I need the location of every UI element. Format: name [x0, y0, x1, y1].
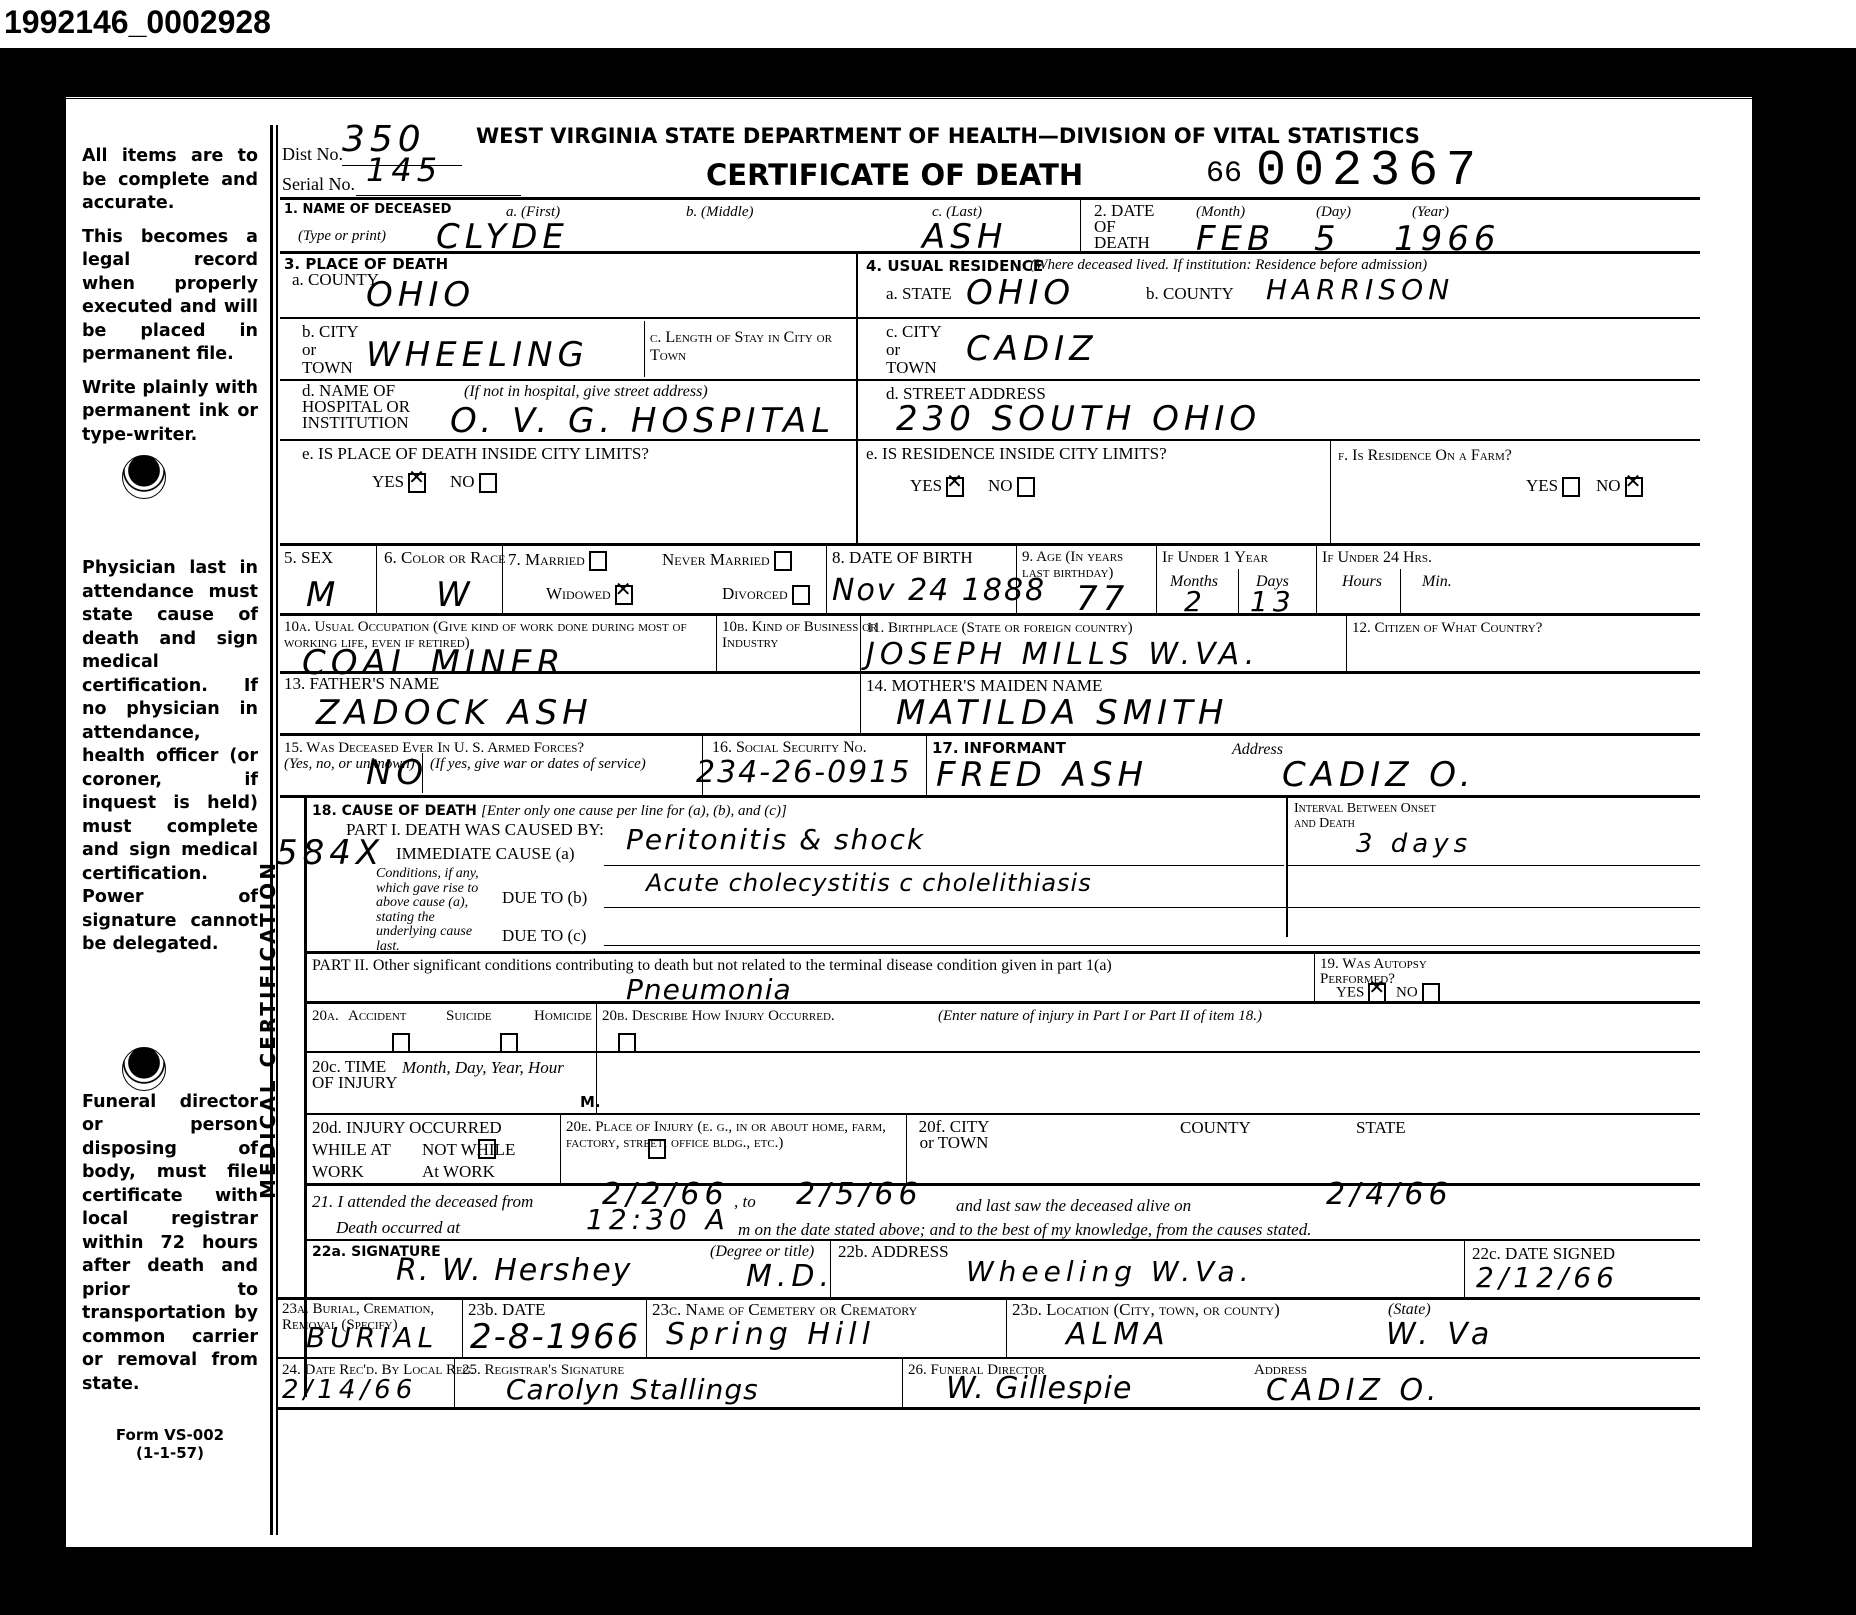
- name-sublabel: (Type or print): [298, 227, 386, 245]
- residence-farm-no[interactable]: NO: [1596, 477, 1643, 497]
- instruction-write-plainly: Write plainly with permanent ink or type…: [82, 377, 258, 448]
- yes-label: YES: [372, 472, 404, 491]
- divorced-label: Divorced: [722, 584, 788, 603]
- divider: [307, 1113, 1700, 1115]
- divider: [276, 125, 278, 1535]
- funeral-director-signature[interactable]: W. Gillespie: [946, 1371, 1132, 1406]
- citizen-label: 12. Citizen of What Country?: [1352, 619, 1542, 637]
- funeral-director-address-value[interactable]: CADIZ O.: [1266, 1373, 1441, 1408]
- last-saw-label: and last saw the deceased alive on: [956, 1197, 1191, 1215]
- divider: [906, 1115, 907, 1183]
- divider: [278, 1357, 1700, 1359]
- hospital-value[interactable]: O. V. G. HOSPITAL: [450, 401, 835, 441]
- checkbox-checked[interactable]: [1368, 983, 1386, 1003]
- divider: [454, 1359, 455, 1407]
- instruction-funeral-director: Funeral director or person disposing of …: [82, 1091, 258, 1397]
- form-date-label: (1-1-57): [82, 1444, 258, 1462]
- residence-state-label: a. STATE: [886, 285, 952, 303]
- divider: [1006, 1299, 1007, 1357]
- instructions-sidebar: All items are to be complete and accurat…: [82, 145, 258, 1462]
- divider: [280, 671, 1700, 674]
- divider: [1464, 1241, 1465, 1297]
- divider: [646, 1299, 647, 1357]
- street-address-value[interactable]: 230 SOUTH OHIO: [896, 399, 1261, 439]
- last-saw-value[interactable]: 2/4/66: [1326, 1177, 1453, 1212]
- checkbox[interactable]: [589, 551, 607, 571]
- form-number-label: Form VS-002: [82, 1426, 258, 1444]
- divider: [307, 1001, 1700, 1004]
- date-signed-value[interactable]: 2/12/66: [1476, 1261, 1619, 1294]
- physician-signature[interactable]: R. W. Hershey: [396, 1253, 632, 1288]
- document-id: 1992146_0002928: [4, 4, 271, 41]
- death-inside-city-yes[interactable]: YES: [372, 473, 426, 493]
- checkbox[interactable]: [792, 585, 810, 605]
- divider: [858, 379, 1700, 381]
- birthplace-label: 11. Birthplace (State or foreign country…: [866, 619, 1133, 637]
- residence-inside-city-no[interactable]: NO: [988, 477, 1035, 497]
- divider: [307, 1239, 1700, 1241]
- divider: [280, 543, 1700, 546]
- checkbox-checked[interactable]: [408, 473, 426, 493]
- death-county-value[interactable]: OHIO: [366, 275, 475, 315]
- date-of-birth-label: 8. DATE OF BIRTH: [832, 549, 973, 567]
- yes-label: YES: [1336, 984, 1364, 1000]
- hospital-hint: (If not in hospital, give street address…: [464, 383, 708, 401]
- date-of-birth-value[interactable]: Nov 24 1888: [832, 573, 1046, 608]
- cause-of-death-hint: [Enter only one cause per line for (a), …: [481, 803, 787, 819]
- instruction-legal-record: This becomes a legal record when properl…: [82, 226, 258, 367]
- divider: [560, 1115, 561, 1183]
- death-city-value[interactable]: WHEELING: [366, 335, 589, 375]
- length-of-stay-label: c. Length of Stay in City or Town: [650, 329, 840, 365]
- injury-description-label: 20b. Describe How Injury Occurred.: [602, 1007, 835, 1025]
- physician-address-value[interactable]: Wheeling W.Va.: [966, 1255, 1254, 1288]
- divider: [280, 439, 856, 441]
- immediate-cause-value[interactable]: Peritonitis & shock: [626, 823, 925, 856]
- divider: [858, 439, 1700, 441]
- serial-value[interactable]: 145: [366, 151, 442, 189]
- divider: [278, 1407, 1700, 1410]
- divider: [280, 613, 1700, 616]
- homicide-checkbox[interactable]: [618, 1033, 636, 1053]
- checkbox-checked[interactable]: [1625, 477, 1643, 497]
- registrar-signature[interactable]: Carolyn Stallings: [506, 1373, 759, 1406]
- divider: [1316, 545, 1317, 613]
- serial-label: Serial No.: [282, 175, 355, 193]
- homicide-label: Homicide: [534, 1007, 592, 1025]
- no-label: NO: [450, 472, 475, 491]
- injury-city-label: 20f. CITY or TOWN: [914, 1119, 994, 1151]
- cause-of-death-label: 18. CAUSE OF DEATH: [312, 803, 477, 819]
- divider: [1156, 545, 1157, 613]
- death-inside-city-no[interactable]: NO: [450, 473, 497, 493]
- not-while-at-work-option[interactable]: NOT WHILE At WORK: [422, 1139, 532, 1183]
- checkbox[interactable]: [1562, 477, 1580, 497]
- checkbox-checked[interactable]: [946, 477, 964, 497]
- divider: [604, 945, 1700, 946]
- sex-label: 5. SEX: [284, 549, 333, 567]
- divider: [422, 753, 423, 793]
- seal-icon: [122, 455, 166, 499]
- married-label: 7. Married: [508, 550, 585, 569]
- residence-farm-label: f. Is Residence On a Farm?: [1338, 447, 1512, 465]
- part-one-label: PART I. DEATH WAS CAUSED BY:: [346, 821, 604, 839]
- death-time-value[interactable]: 12:30 A: [586, 1203, 730, 1236]
- accident-label: Accident: [348, 1007, 407, 1025]
- ssn-value[interactable]: 234-26-0915: [696, 755, 911, 790]
- time-of-injury-label: 20c. TIME OF INJURY: [312, 1059, 412, 1091]
- date-received-value[interactable]: 2/14/66: [282, 1375, 417, 1405]
- time-of-injury-hint: Month, Day, Year, Hour: [402, 1059, 564, 1077]
- race-label: 6. Color or Race: [384, 549, 506, 567]
- divider: [644, 321, 645, 377]
- divider: [902, 1359, 903, 1407]
- cemetery-value[interactable]: Spring Hill: [666, 1317, 875, 1352]
- divider: [926, 735, 927, 795]
- married-option[interactable]: 7. Married: [508, 551, 607, 571]
- burial-date-value[interactable]: 2-8-1966: [470, 1317, 640, 1357]
- injury-description-hint: (Enter nature of injury in Part I or Par…: [938, 1007, 1262, 1025]
- middle-name-label: b. (Middle): [686, 203, 753, 221]
- autopsy-yes[interactable]: YES: [1336, 983, 1386, 1003]
- death-inside-city-label: e. IS PLACE OF DEATH INSIDE CITY LIMITS?: [302, 445, 649, 463]
- injury-occurred-label: 20d. INJURY OCCURRED: [312, 1119, 502, 1137]
- divider: [716, 615, 717, 671]
- divider: [307, 1051, 1700, 1053]
- divider: [1400, 569, 1401, 613]
- autopsy-no[interactable]: NO: [1396, 983, 1440, 1003]
- informant-address-value[interactable]: CADIZ O.: [1282, 755, 1476, 795]
- checkbox[interactable]: [479, 473, 497, 493]
- divider: [280, 795, 1700, 798]
- divider: [858, 317, 1700, 319]
- informant-value[interactable]: FRED ASH: [936, 755, 1148, 795]
- no-label: NO: [1396, 984, 1418, 1000]
- not-while-at-work-label: NOT WHILE At WORK: [422, 1140, 515, 1181]
- checkbox[interactable]: [1422, 983, 1440, 1003]
- informant-address-label: Address: [1232, 741, 1283, 759]
- certificate-prefix: 66: [1206, 165, 1242, 183]
- death-city-label: b. CITY or TOWN: [302, 323, 362, 377]
- yes-label: YES: [1526, 476, 1558, 495]
- divider: [376, 545, 377, 613]
- conditions-note: Conditions, if any, which gave rise to a…: [376, 867, 486, 954]
- mother-name-value[interactable]: MATILDA SMITH: [896, 693, 1228, 733]
- divider: [1016, 545, 1017, 613]
- interval-value[interactable]: 3 days: [1356, 829, 1472, 859]
- residence-inside-city-label: e. IS RESIDENCE INSIDE CITY LIMITS?: [866, 445, 1167, 463]
- divider: [462, 1299, 463, 1357]
- divider: [280, 251, 1700, 254]
- disposition-value[interactable]: BURIAL: [306, 1321, 438, 1354]
- divider: [1346, 615, 1347, 671]
- injury-county-label: COUNTY: [1180, 1119, 1251, 1137]
- residence-city-label: c. CITY or TOWN: [886, 323, 946, 377]
- divorced-option[interactable]: Divorced: [722, 585, 810, 605]
- attended-to-value[interactable]: 2/5/66: [796, 1177, 923, 1212]
- divider: [307, 1183, 1700, 1186]
- hours-label: Hours: [1342, 573, 1382, 591]
- divider: [856, 254, 858, 544]
- certificate-title: CERTIFICATE OF DEATH: [706, 159, 1083, 191]
- cause-code[interactable]: 584X: [276, 833, 384, 873]
- usual-residence-hint: (Where deceased lived. If institution: R…: [1030, 257, 1450, 273]
- checkbox[interactable]: [774, 551, 792, 571]
- minutes-label: Min.: [1422, 573, 1452, 591]
- armed-forces-value[interactable]: NO: [366, 753, 428, 793]
- divider: [830, 1241, 831, 1297]
- residence-county-label: b. COUNTY: [1146, 285, 1234, 303]
- date-of-death-label: 2. DATE OF DEATH: [1094, 203, 1174, 251]
- interval-label: Interval Between Onset and Death: [1294, 801, 1454, 831]
- sex-value[interactable]: M: [306, 575, 340, 615]
- widowed-label: Widowed: [546, 584, 611, 603]
- father-name-label: 13. FATHER'S NAME: [284, 675, 439, 693]
- no-label: NO: [1596, 476, 1621, 495]
- certificate-number: 002367: [1256, 147, 1484, 197]
- death-occurred-label: Death occurred at: [336, 1219, 460, 1237]
- physician-address-label: 22b. ADDRESS: [838, 1243, 949, 1261]
- place-of-injury-label: 20e. Place of Injury (e. g., in or about…: [566, 1119, 886, 1151]
- race-value[interactable]: W: [436, 575, 475, 615]
- manner-label: 20a.: [312, 1007, 339, 1025]
- father-name-value[interactable]: ZADOCK ASH: [316, 693, 593, 733]
- age-label: 9. Age (In years last birthday): [1022, 549, 1152, 581]
- divider: [1238, 569, 1239, 613]
- under-24-hrs-label: If Under 24 Hrs.: [1322, 549, 1432, 567]
- divider: [280, 317, 856, 319]
- burial-state-value[interactable]: W. Va: [1386, 1317, 1494, 1352]
- divider: [604, 907, 1700, 908]
- due-to-b-label: DUE TO (b): [502, 889, 587, 907]
- divider: [1286, 797, 1288, 937]
- divider: [356, 195, 521, 196]
- divider: [826, 545, 827, 613]
- cause-of-death-heading: 18. CAUSE OF DEATH [Enter only one cause…: [312, 801, 787, 820]
- armed-forces-hint: (If yes, give war or dates of service): [430, 755, 646, 773]
- suicide-checkbox[interactable]: [500, 1033, 518, 1053]
- divider: [280, 733, 1700, 736]
- due-to-b-value[interactable]: Acute cholecystitis c cholelithiasis: [646, 869, 1092, 897]
- residence-state-value[interactable]: OHIO: [966, 273, 1075, 313]
- divider: [604, 865, 1284, 866]
- medical-certification-label: MEDICAL CERTIFICATION: [256, 860, 280, 1199]
- under-1-year-label: If Under 1 Year: [1162, 549, 1268, 567]
- residence-county-value[interactable]: HARRISON: [1266, 273, 1454, 306]
- due-to-c-label: DUE TO (c): [502, 927, 586, 945]
- checkbox[interactable]: [1017, 477, 1035, 497]
- instruction-physician: Physician last in attendance must state …: [82, 557, 258, 957]
- no-label: NO: [988, 476, 1013, 495]
- birthplace-value[interactable]: JOSEPH MILLS W.VA.: [866, 637, 1259, 672]
- top-bar: 1992146_0002928: [0, 0, 1856, 48]
- residence-city-value[interactable]: CADIZ: [966, 329, 1098, 369]
- divider: [280, 197, 1700, 200]
- divider: [1330, 441, 1331, 545]
- divider: [502, 545, 503, 613]
- suicide-label: Suicide: [446, 1007, 492, 1025]
- seal-icon: [122, 1047, 166, 1091]
- divider: [1288, 865, 1700, 866]
- checkbox-checked[interactable]: [615, 585, 633, 605]
- while-at-work-option[interactable]: WHILE AT WORK: [312, 1139, 422, 1183]
- never-married-label: Never Married: [662, 550, 770, 569]
- divider: [307, 951, 1700, 954]
- attended-to-label: , to: [734, 1193, 756, 1211]
- residence-inside-city-yes[interactable]: YES: [910, 477, 964, 497]
- injury-state-label: STATE: [1356, 1119, 1406, 1137]
- never-married-option[interactable]: Never Married: [662, 551, 792, 571]
- immediate-cause-label: IMMEDIATE CAUSE (a): [396, 845, 574, 863]
- death-certificate: All items are to be complete and accurat…: [66, 96, 1752, 1547]
- divider: [1314, 951, 1315, 1001]
- time-of-injury-meridiem: M.: [580, 1093, 601, 1111]
- death-occurred-tail: m on the date stated above; and to the b…: [738, 1221, 1311, 1239]
- hospital-label: d. NAME OF HOSPITAL OR INSTITUTION: [302, 383, 442, 431]
- accident-checkbox[interactable]: [392, 1033, 410, 1053]
- divider: [270, 125, 273, 1535]
- divider: [860, 615, 861, 735]
- form-number: Form VS-002 (1-1-57): [82, 1426, 258, 1462]
- instruction-complete: All items are to be complete and accurat…: [82, 145, 258, 216]
- dist-label: Dist No.: [282, 145, 343, 163]
- while-at-work-label: WHILE AT WORK: [312, 1140, 391, 1181]
- residence-farm-yes[interactable]: YES: [1526, 477, 1580, 497]
- divider: [1080, 199, 1081, 251]
- burial-location-value[interactable]: ALMA: [1066, 1317, 1170, 1352]
- attended-label: 21. I attended the deceased from: [312, 1193, 533, 1211]
- degree-value[interactable]: M.D.: [746, 1259, 834, 1294]
- widowed-option[interactable]: Widowed: [546, 585, 633, 605]
- yes-label: YES: [910, 476, 942, 495]
- name-label: 1. NAME OF DECEASED: [284, 203, 451, 216]
